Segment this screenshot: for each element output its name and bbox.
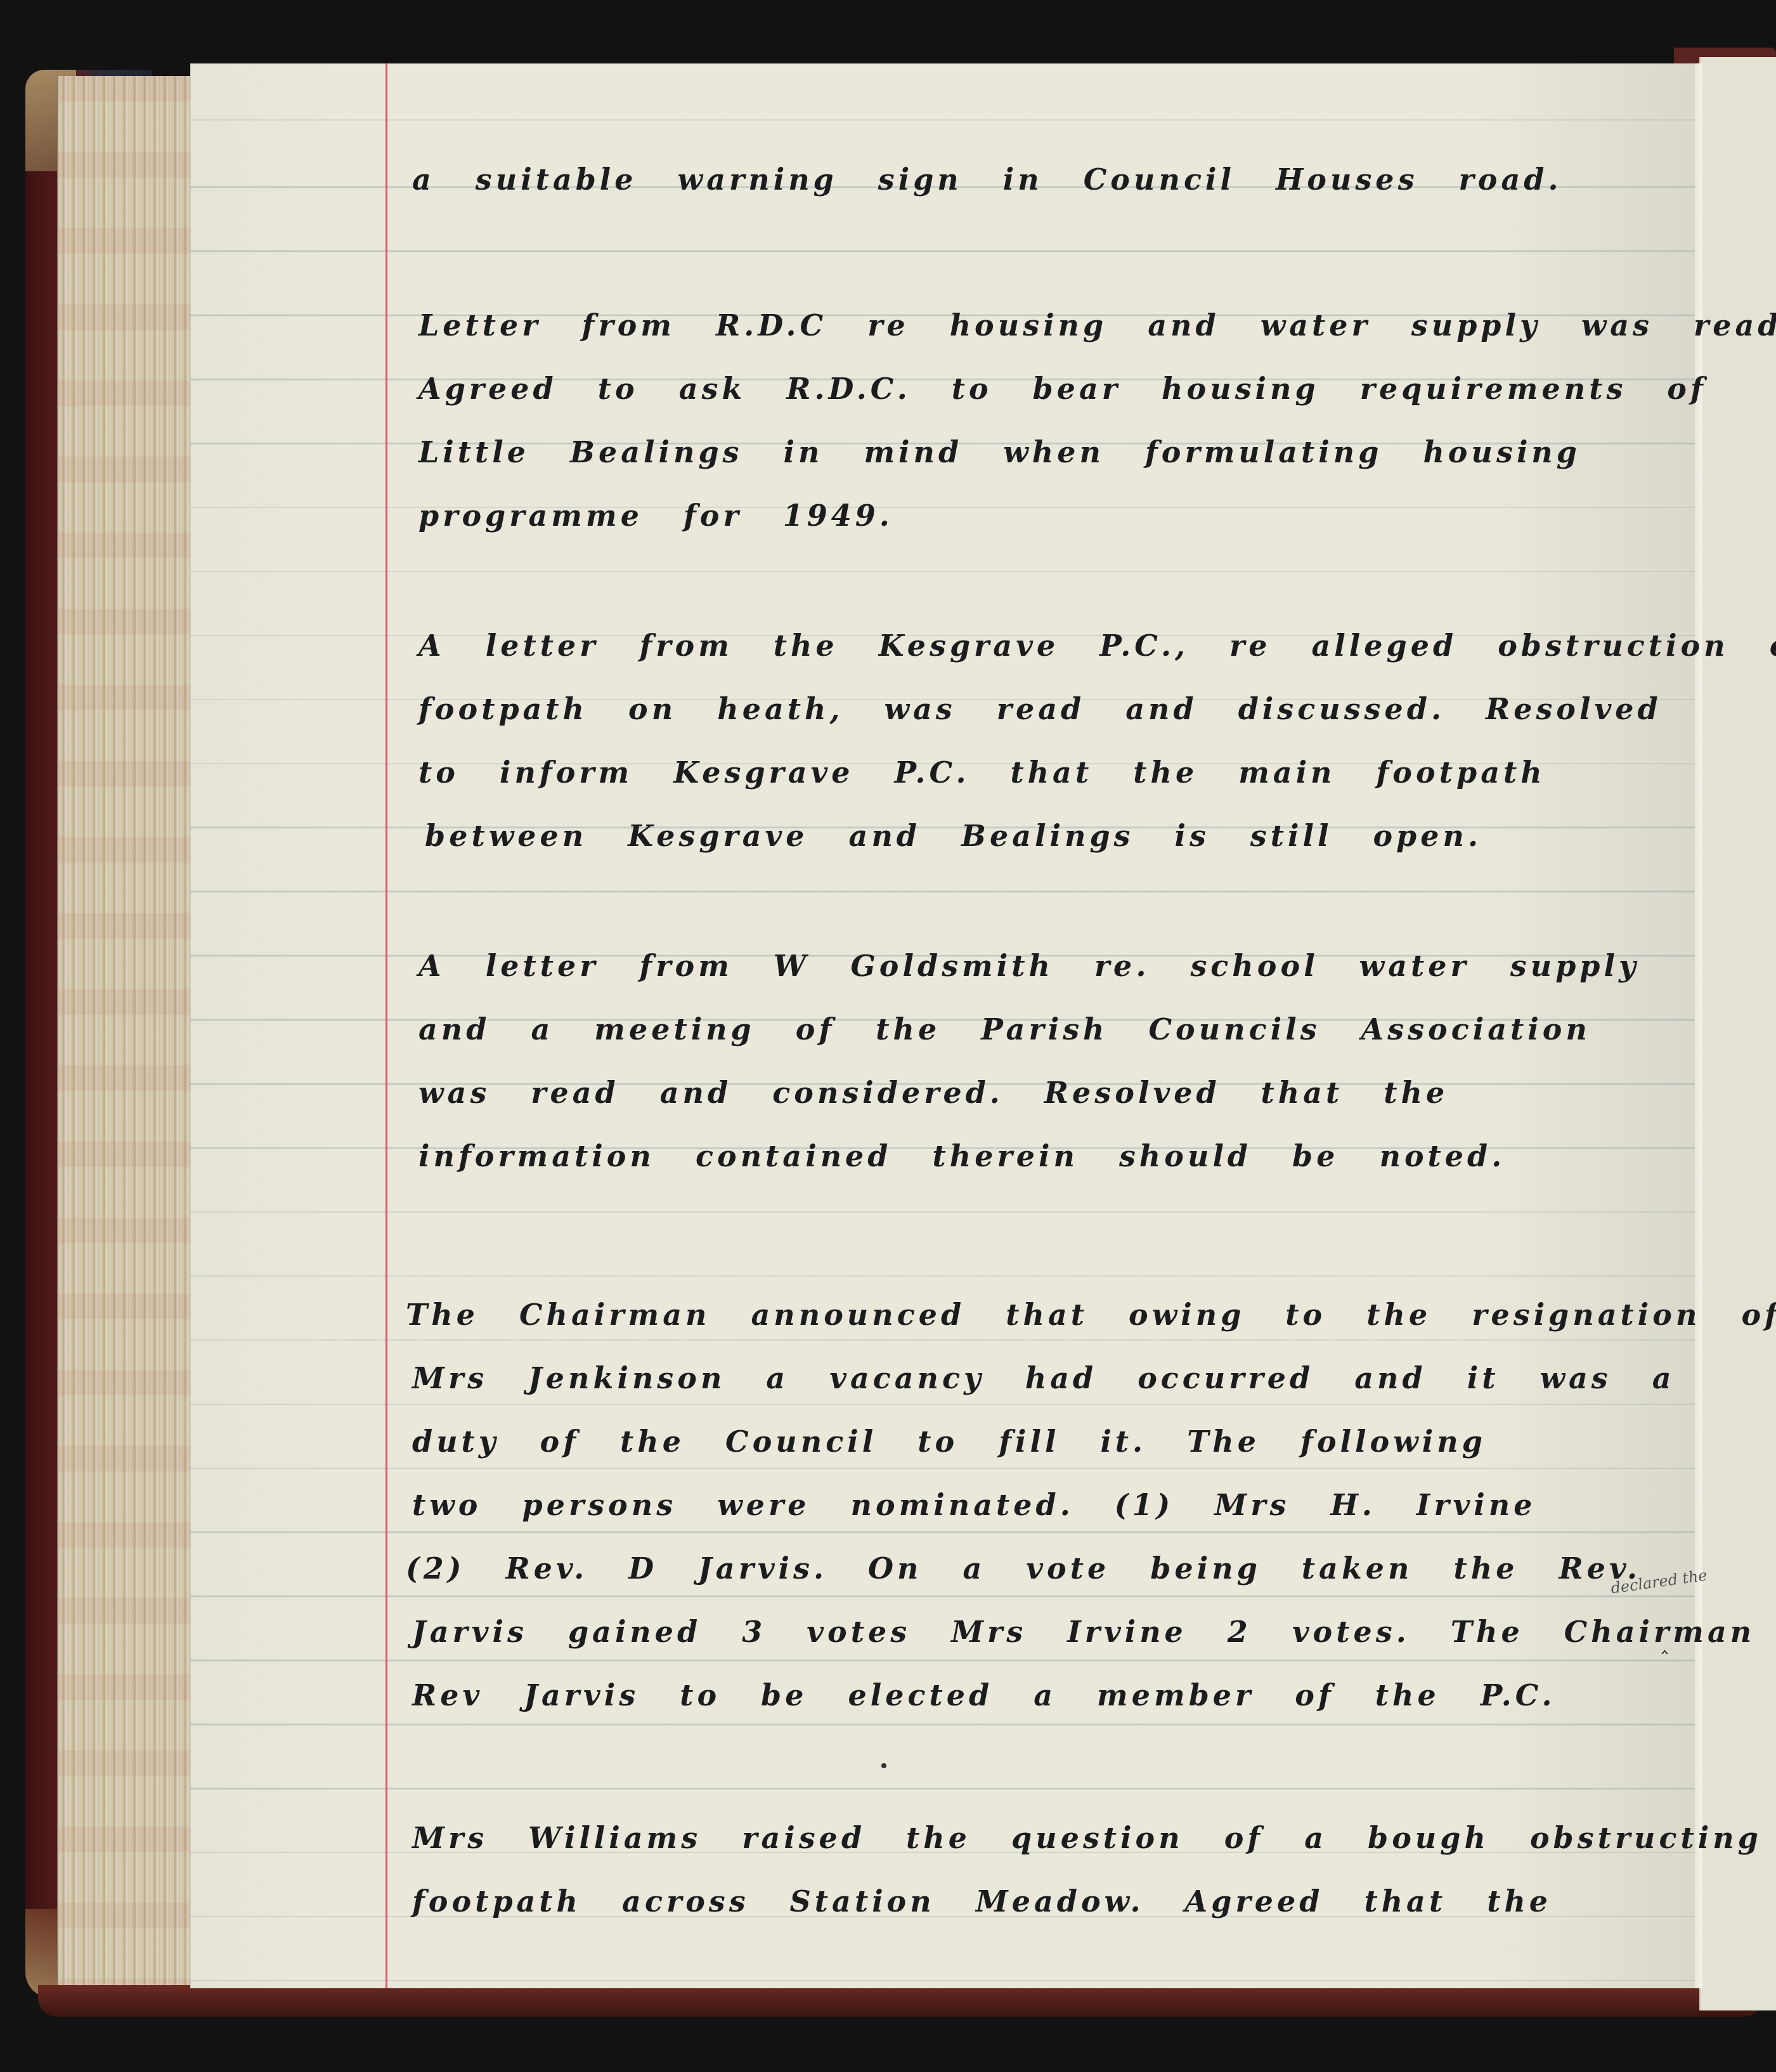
handwritten-line: The Chairman announced that owing to the… [406, 1300, 1776, 1329]
minute-book-page: a suitable warning sign in Council House… [190, 63, 1702, 1988]
handwritten-line: footpath across Station Meadow. Agreed t… [412, 1887, 1552, 1916]
handwritten-line: Little Bealings in mind when formulating… [418, 438, 1581, 467]
facing-page-edge [1699, 57, 1776, 2010]
handwritten-line: two persons were nominated. (1) Mrs H. I… [412, 1490, 1536, 1520]
handwritten-line: Jarvis gained 3 votes Mrs Irvine 2 votes… [412, 1617, 1755, 1646]
handwritten-line: Agreed to ask R.D.C. to bear housing req… [418, 374, 1707, 403]
handwritten-line: between Kesgrave and Bealings is still o… [425, 821, 1482, 850]
handwritten-line: A letter from the Kesgrave P.C., re alle… [418, 631, 1776, 660]
page-edges-stack [57, 76, 195, 1998]
handwritten-line: Rev Jarvis to be elected a member of the… [412, 1681, 1556, 1710]
red-margin-line [386, 63, 387, 1988]
handwritten-line: information contained therein should be … [418, 1142, 1505, 1171]
handwritten-line: footpath on heath, was read and discusse… [418, 694, 1662, 724]
ink-dot [881, 1763, 886, 1768]
book-cover-bottom [38, 1985, 1763, 2017]
handwritten-line: Letter from R.D.C re housing and water s… [418, 311, 1776, 340]
handwritten-line: a suitable warning sign in Council House… [412, 165, 1562, 194]
handwritten-line: Mrs Williams raised the question of a bo… [412, 1823, 1776, 1853]
insertion-caret-mark: ‸ [1661, 1630, 1668, 1654]
page-gutter [1695, 63, 1702, 1988]
handwritten-line: A letter from W Goldsmith re. school wat… [418, 951, 1640, 981]
handwritten-line: and a meeting of the Parish Councils Ass… [418, 1015, 1591, 1044]
handwritten-line: was read and considered. Resolved that t… [418, 1078, 1448, 1107]
handwritten-line: programme for 1949. [418, 501, 893, 530]
handwritten-line: to inform Kesgrave P.C. that the main fo… [418, 758, 1546, 787]
handwritten-line: duty of the Council to fill it. The foll… [412, 1427, 1486, 1456]
handwritten-line: (2) Rev. D Jarvis. On a vote being taken… [406, 1554, 1641, 1583]
handwritten-line: Mrs Jenkinson a vacancy had occurred and… [412, 1364, 1675, 1393]
